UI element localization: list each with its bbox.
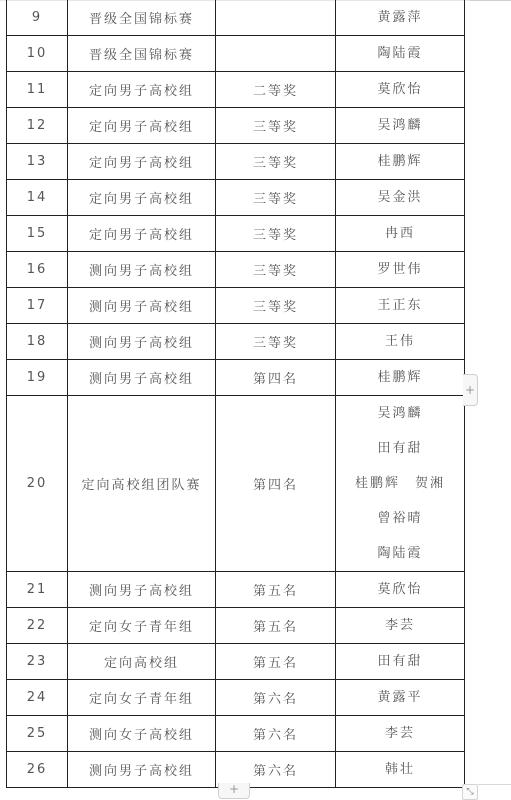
winner-name: 黄露萍 [336, 0, 464, 35]
winner-name: 桂鹏辉 贺湘 [336, 466, 464, 501]
cell-names[interactable]: 黄露萍 [336, 0, 465, 36]
winner-name: 王伟 [336, 324, 464, 359]
cell-event[interactable]: 定向女子青年组 [68, 680, 216, 716]
table-row: 24定向女子青年组第六名黄露平 [7, 680, 465, 716]
cell-event[interactable]: 测向男子高校组 [68, 572, 216, 608]
cell-names[interactable]: 罗世伟 [336, 252, 465, 288]
winner-name: 李芸 [336, 716, 464, 751]
table-body: 9晋级全国锦标赛黄露萍10晋级全国锦标赛陶陆霞11定向男子高校组二等奖莫欣怡12… [7, 0, 465, 788]
cell-event[interactable]: 定向男子高校组 [68, 72, 216, 108]
cell-names[interactable]: 吴鸿麟田有甜桂鹏辉 贺湘曾裕晴陶陆霞 [336, 396, 465, 572]
cell-award[interactable]: 第四名 [216, 396, 336, 572]
cell-event[interactable]: 晋级全国锦标赛 [68, 0, 216, 36]
cell-event[interactable]: 定向高校组团队赛 [68, 396, 216, 572]
add-column-button[interactable]: + [218, 783, 250, 799]
cell-names[interactable]: 王正东 [336, 288, 465, 324]
cell-event[interactable]: 测向男子高校组 [68, 360, 216, 396]
cell-number[interactable]: 13 [7, 144, 68, 180]
cell-event[interactable]: 定向男子高校组 [68, 108, 216, 144]
winner-name: 桂鹏辉 [336, 360, 464, 395]
cell-names[interactable]: 桂鹏辉 [336, 360, 465, 396]
table-row: 10晋级全国锦标赛陶陆霞 [7, 36, 465, 72]
winner-name: 吴鸿麟 [336, 396, 464, 431]
cell-event[interactable]: 定向男子高校组 [68, 180, 216, 216]
cell-number[interactable]: 10 [7, 36, 68, 72]
cell-award[interactable]: 第五名 [216, 644, 336, 680]
cell-names[interactable]: 李芸 [336, 608, 465, 644]
winner-name: 田有甜 [336, 431, 464, 466]
cell-number[interactable]: 18 [7, 324, 68, 360]
cell-names[interactable]: 李芸 [336, 716, 465, 752]
cell-event[interactable]: 定向高校组 [68, 644, 216, 680]
winner-name: 吴金洪 [336, 180, 464, 215]
table-row: 16测向男子高校组三等奖罗世伟 [7, 252, 465, 288]
cell-award[interactable]: 二等奖 [216, 72, 336, 108]
winner-name: 李芸 [336, 608, 464, 643]
plus-icon: + [465, 383, 475, 397]
winner-name: 桂鹏辉 [336, 144, 464, 179]
cell-names[interactable]: 桂鹏辉 [336, 144, 465, 180]
table-row: 13定向男子高校组三等奖桂鹏辉 [7, 144, 465, 180]
winner-name: 黄露平 [336, 680, 464, 715]
table-row: 20定向高校组团队赛第四名吴鸿麟田有甜桂鹏辉 贺湘曾裕晴陶陆霞 [7, 396, 465, 572]
winner-name: 曾裕晴 [336, 501, 464, 536]
top-guide-line [470, 0, 511, 1]
table-row: 25测向女子高校组第六名李芸 [7, 716, 465, 752]
cell-award[interactable]: 第六名 [216, 716, 336, 752]
cell-number[interactable]: 9 [7, 0, 68, 36]
cell-number[interactable]: 19 [7, 360, 68, 396]
cell-award[interactable] [216, 36, 336, 72]
cell-event[interactable]: 定向女子青年组 [68, 608, 216, 644]
cell-award[interactable]: 三等奖 [216, 288, 336, 324]
cell-number[interactable]: 25 [7, 716, 68, 752]
cell-number[interactable]: 20 [7, 396, 68, 572]
cell-event[interactable]: 测向男子高校组 [68, 252, 216, 288]
winner-name: 陶陆霞 [336, 536, 464, 571]
cell-event[interactable]: 定向男子高校组 [68, 144, 216, 180]
cell-names[interactable]: 陶陆霞 [336, 36, 465, 72]
winner-name: 韩壮 [336, 752, 464, 787]
table-row: 18测向男子高校组三等奖王伟 [7, 324, 465, 360]
cell-event[interactable]: 测向男子高校组 [68, 288, 216, 324]
add-row-button[interactable]: + [463, 374, 478, 406]
winner-name: 罗世伟 [336, 252, 464, 287]
cell-award[interactable]: 三等奖 [216, 252, 336, 288]
winner-name: 王正东 [336, 288, 464, 323]
cell-number[interactable]: 15 [7, 216, 68, 252]
cell-number[interactable]: 24 [7, 680, 68, 716]
cell-award[interactable] [216, 0, 336, 36]
table-row: 21测向男子高校组第五名莫欣怡 [7, 572, 465, 608]
cell-names[interactable]: 莫欣怡 [336, 572, 465, 608]
cell-names[interactable]: 冉西 [336, 216, 465, 252]
table-row: 15定向男子高校组三等奖冉西 [7, 216, 465, 252]
cell-award[interactable]: 三等奖 [216, 324, 336, 360]
table-row: 12定向男子高校组三等奖吴鸿麟 [7, 108, 465, 144]
cell-number[interactable]: 16 [7, 252, 68, 288]
cell-names[interactable]: 田有甜 [336, 644, 465, 680]
cell-names[interactable]: 韩壮 [336, 752, 465, 788]
cell-names[interactable]: 吴金洪 [336, 180, 465, 216]
table-row: 22定向女子青年组第五名李芸 [7, 608, 465, 644]
cell-award[interactable]: 第四名 [216, 360, 336, 396]
cell-event[interactable]: 测向女子高校组 [68, 716, 216, 752]
cell-award[interactable]: 第五名 [216, 608, 336, 644]
cell-number[interactable]: 26 [7, 752, 68, 788]
cell-event[interactable]: 测向男子高校组 [68, 752, 216, 788]
cell-names[interactable]: 莫欣怡 [336, 72, 465, 108]
cell-number[interactable]: 22 [7, 608, 68, 644]
table-row: 11定向男子高校组二等奖莫欣怡 [7, 72, 465, 108]
cell-names[interactable]: 王伟 [336, 324, 465, 360]
cell-names[interactable]: 吴鸿麟 [336, 108, 465, 144]
cell-number[interactable]: 14 [7, 180, 68, 216]
winner-name: 莫欣怡 [336, 572, 464, 607]
cell-event[interactable]: 晋级全国锦标赛 [68, 36, 216, 72]
table-resize-handle[interactable]: ⤡ [462, 784, 478, 800]
cell-award[interactable]: 三等奖 [216, 108, 336, 144]
cell-award[interactable]: 三等奖 [216, 216, 336, 252]
cell-number[interactable]: 21 [7, 572, 68, 608]
cell-award[interactable]: 第五名 [216, 572, 336, 608]
bottom-guide-line [478, 784, 511, 785]
cell-number[interactable]: 23 [7, 644, 68, 680]
table-row: 19测向男子高校组第四名桂鹏辉 [7, 360, 465, 396]
winner-name: 田有甜 [336, 644, 464, 679]
resize-arrows-icon: ⤡ [466, 787, 473, 797]
cell-award[interactable]: 第六名 [216, 680, 336, 716]
table-row: 23定向高校组第五名田有甜 [7, 644, 465, 680]
table-row: 14定向男子高校组三等奖吴金洪 [7, 180, 465, 216]
winner-name: 陶陆霞 [336, 36, 464, 71]
cell-award[interactable]: 三等奖 [216, 144, 336, 180]
cell-award[interactable]: 三等奖 [216, 180, 336, 216]
winner-name: 吴鸿麟 [336, 108, 464, 143]
cell-names[interactable]: 黄露平 [336, 680, 465, 716]
cell-number[interactable]: 17 [7, 288, 68, 324]
plus-icon: + [229, 782, 239, 796]
cell-event[interactable]: 定向男子高校组 [68, 216, 216, 252]
winner-name: 莫欣怡 [336, 72, 464, 107]
cell-number[interactable]: 12 [7, 108, 68, 144]
cell-number[interactable]: 11 [7, 72, 68, 108]
winner-name: 冉西 [336, 216, 464, 251]
cell-event[interactable]: 测向男子高校组 [68, 324, 216, 360]
award-table: 9晋级全国锦标赛黄露萍10晋级全国锦标赛陶陆霞11定向男子高校组二等奖莫欣怡12… [6, 0, 465, 788]
table-row: 17测向男子高校组三等奖王正东 [7, 288, 465, 324]
table-row: 9晋级全国锦标赛黄露萍 [7, 0, 465, 36]
